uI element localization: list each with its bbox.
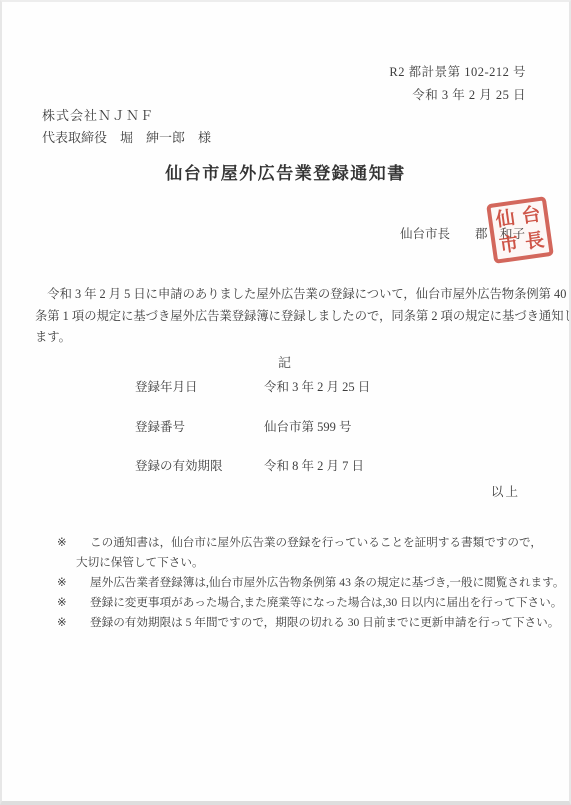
- official-red-seal: 仙 台 市 長: [486, 196, 554, 264]
- note-line: 大切に保管して下さい。: [76, 553, 547, 573]
- body-line: ます。: [35, 327, 555, 349]
- record-row-registration-date: 登録年月日 令和 3 年 2 月 25 日: [135, 380, 515, 394]
- seal-char: 市: [494, 230, 523, 259]
- document-date: 令和 3 年 2 月 25 日: [412, 85, 526, 103]
- body-paragraph: 令和 3 年 2 月 5 日に申請のありました屋外広告業の登録について，仙台市屋…: [35, 284, 555, 349]
- seal-char: 仙: [491, 204, 520, 233]
- scanned-document: R2 都計景第 102-212 号 令和 3 年 2 月 25 日 株式会社ＮＪ…: [0, 0, 571, 805]
- closing-ijou: 以上: [491, 482, 520, 500]
- note-item: ※ 登録に変更事項があった場合,また廃業等になった場合は,30 日以内に届出を行…: [57, 593, 547, 613]
- note-marker: ※: [57, 593, 67, 613]
- record-list: 登録年月日 令和 3 年 2 月 25 日 登録番号 仙台市第 599 号 登録…: [135, 380, 515, 499]
- notes-list: ※ この通知書は，仙台市に屋外広告業の登録を行っていることを証明する書類ですので…: [57, 533, 547, 633]
- record-row-validity-period: 登録の有効期限 令和 8 年 2 月 7 日: [135, 459, 515, 473]
- seal-char: 長: [520, 226, 549, 255]
- recipient-person: 代表取締役 堀 紳一郎 様: [42, 127, 211, 146]
- note-item: ※ 登録の有効期限は 5 年間ですので，期限の切れる 30 日前までに更新申請を…: [57, 613, 547, 633]
- document-number: R2 都計景第 102-212 号: [389, 62, 526, 80]
- note-line: この通知書は，仙台市に屋外広告業の登録を行っていることを証明する書類ですので，: [90, 533, 547, 553]
- record-label: 登録の有効期限: [135, 459, 264, 473]
- record-value: 仙台市第 599 号: [264, 420, 352, 434]
- body-line: 条第 1 項の規定に基づき屋外広告業登録簿に登録しましたので，同条第 2 項の規…: [35, 306, 555, 328]
- record-label: 登録番号: [135, 420, 264, 434]
- record-section-heading: 記: [2, 352, 569, 371]
- record-value: 令和 3 年 2 月 25 日: [264, 380, 370, 394]
- body-line: 令和 3 年 2 月 5 日に申請のありました屋外広告業の登録について，仙台市屋…: [35, 284, 555, 306]
- record-row-registration-number: 登録番号 仙台市第 599 号: [135, 420, 515, 434]
- note-marker: ※: [57, 573, 67, 593]
- record-value: 令和 8 年 2 月 7 日: [264, 459, 364, 473]
- note-line: 登録の有効期限は 5 年間ですので，期限の切れる 30 日前までに更新申請を行っ…: [90, 613, 547, 633]
- document-title: 仙台市屋外広告業登録通知書: [2, 159, 569, 184]
- seal-char: 台: [516, 201, 545, 230]
- note-item: ※ 屋外広告業者登録簿は,仙台市屋外広告物条例第 43 条の規定に基づき,一般に…: [57, 573, 547, 593]
- recipient-company: 株式会社ＮＪＮＦ: [42, 105, 154, 124]
- note-marker: ※: [57, 533, 67, 553]
- note-item: ※ この通知書は，仙台市に屋外広告業の登録を行っていることを証明する書類ですので…: [57, 533, 547, 573]
- note-line: 登録に変更事項があった場合,また廃業等になった場合は,30 日以内に届出を行って…: [90, 593, 547, 613]
- record-label: 登録年月日: [135, 380, 264, 394]
- note-line: 屋外広告業者登録簿は,仙台市屋外広告物条例第 43 条の規定に基づき,一般に閲覧…: [90, 573, 547, 593]
- note-marker: ※: [57, 613, 67, 633]
